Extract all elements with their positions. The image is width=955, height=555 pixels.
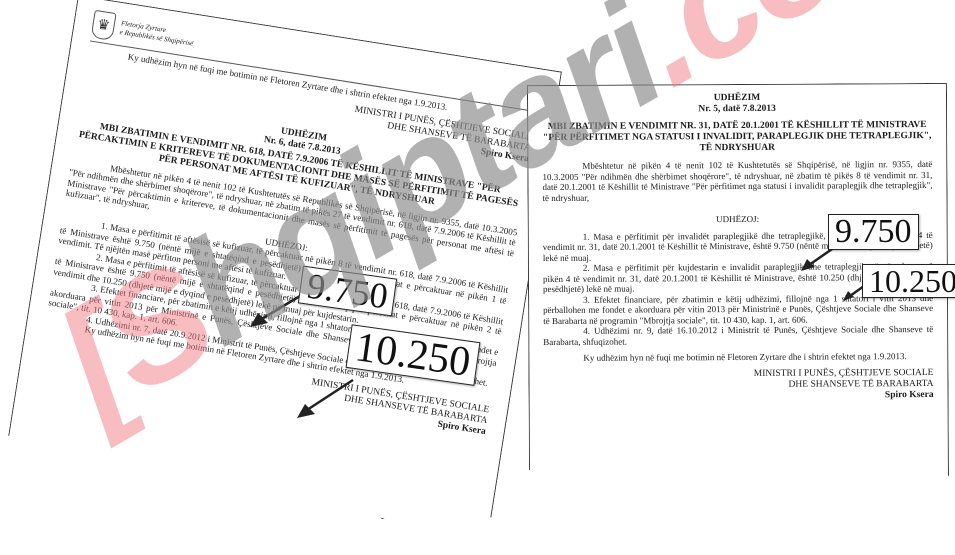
- preamble: Mbështetur në pikën 4 të nenit 102 të Ku…: [542, 159, 932, 203]
- signature-name: Spiro Ksera: [544, 389, 934, 402]
- item-4: 4. Udhëzimi nr. 9, datë 16.10.2012 i Min…: [543, 324, 933, 347]
- callout-amount-10250-right: 10.250: [862, 264, 955, 298]
- arrow-icon: [285, 378, 365, 428]
- document-heading: UDHËZIM Nr. 5, datë 7.8.2013: [542, 92, 932, 116]
- eagle-emblem-icon: ♛: [91, 10, 117, 41]
- document-title: MBI ZBATIMIN E VENDIMIT NR. 31, DATË 20.…: [542, 120, 932, 155]
- callout-amount-9750-right: 9.750: [828, 214, 919, 250]
- signature: MINISTRI I PUNËS, ÇËSHTJEVE SOCIALE DHE …: [543, 367, 933, 402]
- closing: Ky udhëzim hyn në fuqi me botimin në Fle…: [543, 351, 933, 364]
- masthead-text: Fletorja Zyrtare e Republikës së Shqipër…: [119, 19, 195, 48]
- left-document-clipping: ♛ Fletorja Zyrtare e Republikës së Shqip…: [4, 0, 561, 536]
